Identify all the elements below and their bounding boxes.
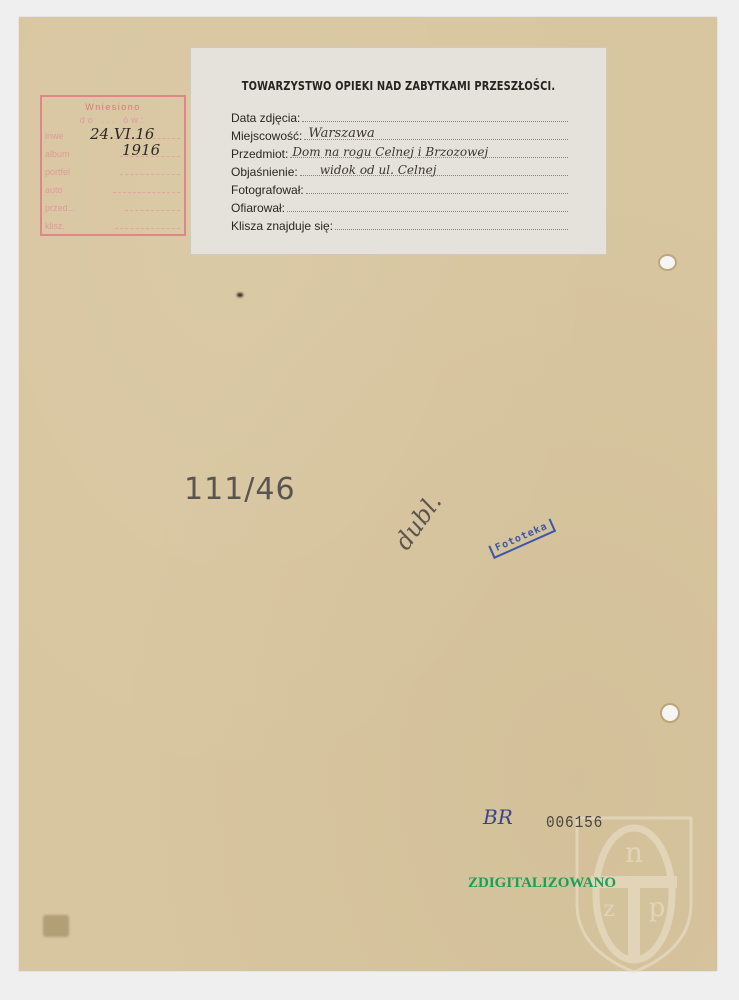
field-dotted-line: widok od ul. Celnej — [300, 174, 568, 176]
label-title: TOWARZYSTWO OPIEKI NAD ZABYTKAMI PRZESZŁ… — [228, 79, 568, 93]
stain-mark — [43, 915, 69, 937]
field-dotted-line — [287, 210, 568, 212]
field-miejscowosc: Miejscowość: Warszawa — [231, 126, 568, 143]
punch-hole — [660, 256, 675, 269]
field-dotted-line: Dom na rogu Celnej i Brzozowej — [290, 156, 568, 158]
field-dotted-line — [335, 228, 568, 230]
stamp-row: klisz. — [45, 219, 180, 231]
catalog-number-pencil: 111/46 — [184, 472, 296, 507]
svg-text:p: p — [649, 893, 666, 923]
field-fotografowal: Fotografował: — [231, 180, 568, 197]
field-klisza: Klisza znajduje się: — [231, 216, 568, 233]
stamp-year-handwritten: 1916 — [122, 141, 160, 159]
ink-mark — [237, 293, 243, 297]
field-value-handwritten: widok od ul. Celnej — [320, 163, 437, 177]
stamp-row: auto — [45, 183, 180, 195]
stamp-subheader: do ... ów: — [42, 115, 184, 125]
field-value-handwritten: Dom na rogu Celnej i Brzozowej — [292, 145, 488, 159]
field-label: Miejscowość: — [231, 129, 302, 143]
field-label: Objaśnienie: — [231, 165, 298, 179]
field-objasnienie: Objaśnienie: widok od ul. Celnej — [231, 162, 568, 179]
stamp-row: portfel — [45, 165, 180, 177]
stamp-header: Wniesiono — [42, 102, 184, 112]
field-ofiarowal: Ofiarował: — [231, 198, 568, 215]
field-label: Data zdjęcia: — [231, 111, 300, 125]
stamp-row: przed... — [45, 201, 180, 213]
field-dotted-line — [302, 120, 568, 122]
field-label: Ofiarował: — [231, 201, 285, 215]
ntp-watermark-logo-icon: n z p — [569, 814, 699, 976]
digitized-stamp: ZDIGITALIZOWANO — [468, 875, 616, 892]
punch-hole — [662, 705, 678, 721]
society-label-card: TOWARZYSTWO OPIEKI NAD ZABYTKAMI PRZESZŁ… — [190, 47, 607, 255]
svg-text:n: n — [625, 836, 643, 869]
br-handwritten-mark: BR — [483, 805, 513, 829]
field-label: Klisza znajduje się: — [231, 219, 333, 233]
field-label: Przedmiot: — [231, 147, 288, 161]
archival-card: TOWARZYSTWO OPIEKI NAD ZABYTKAMI PRZESZŁ… — [19, 17, 717, 971]
field-przedmiot: Przedmiot: Dom na rogu Celnej i Brzozowe… — [231, 144, 568, 161]
field-value-handwritten: Warszawa — [308, 126, 374, 141]
serial-number: 006156 — [546, 814, 603, 833]
field-data-zdjecia: Data zdjęcia: — [231, 108, 568, 125]
received-stamp: Wniesiono do ... ów: inwe album portfel … — [40, 95, 186, 236]
svg-text:z: z — [603, 897, 615, 922]
field-dotted-line: Warszawa — [304, 138, 568, 140]
fototeka-stamp: Fototeka — [488, 518, 556, 559]
pencil-note-dubl: dubl. — [389, 489, 447, 555]
field-label: Fotografował: — [231, 183, 304, 197]
field-dotted-line — [306, 192, 568, 194]
